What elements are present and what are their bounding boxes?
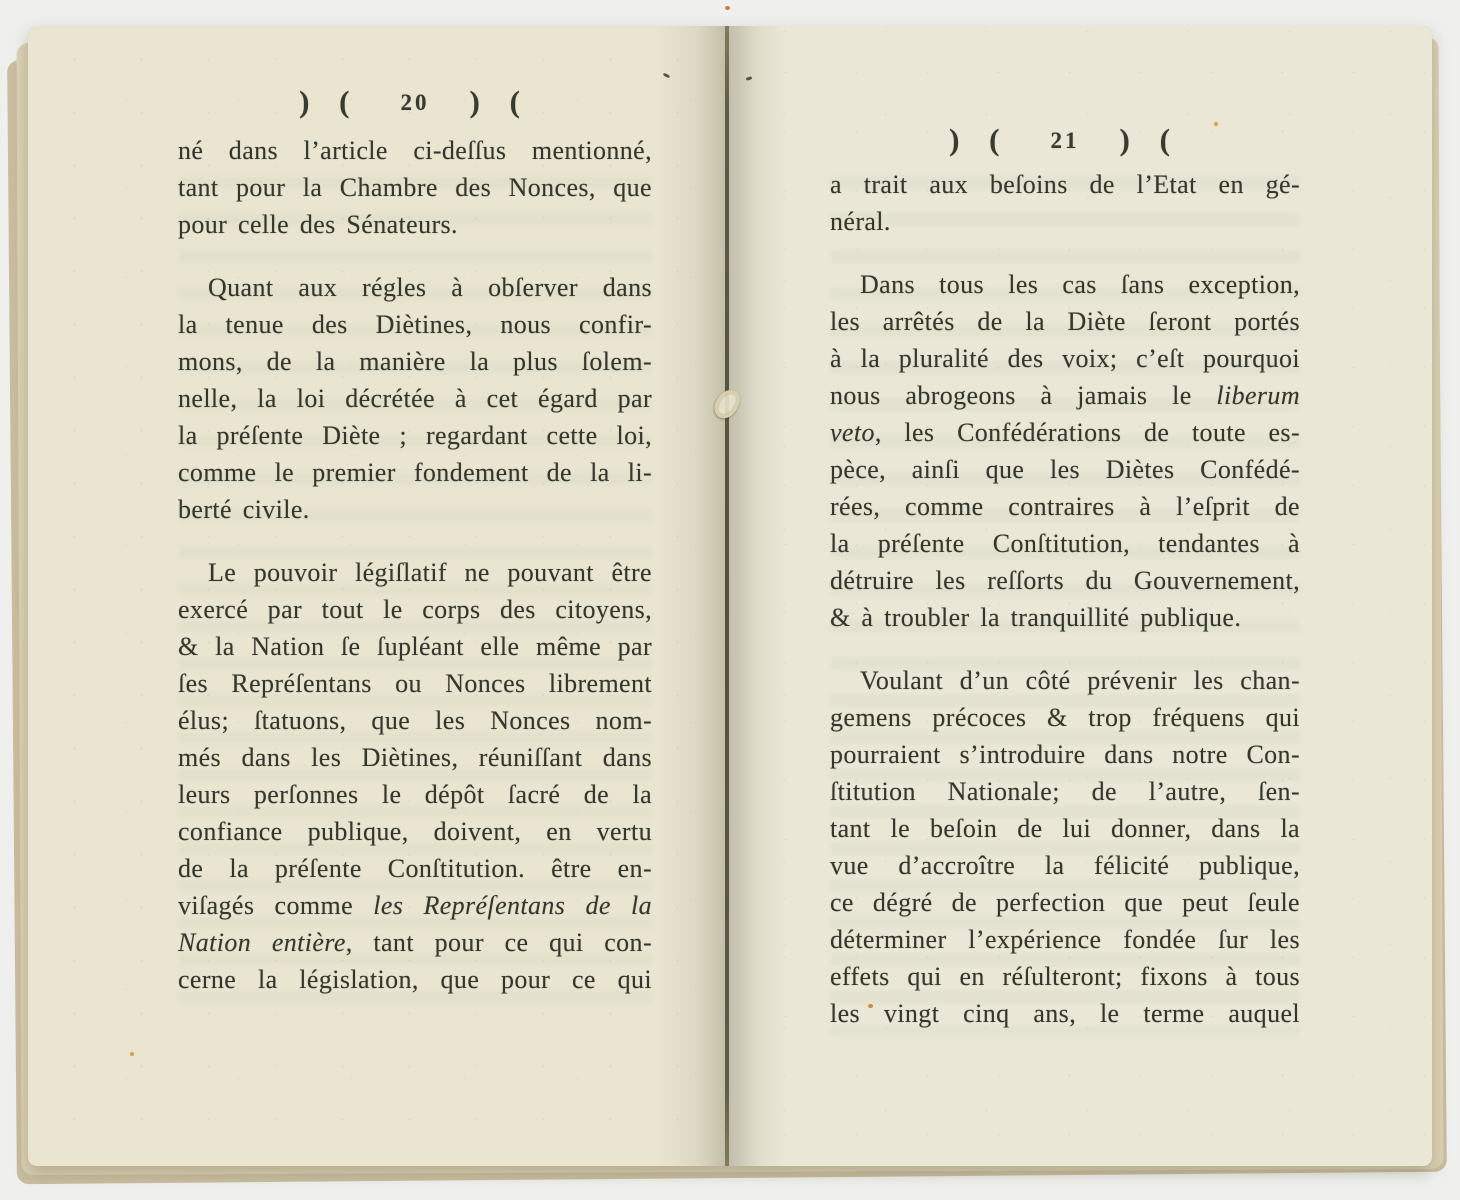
text-line: né dans l’article ci-deſſus mentionné, xyxy=(178,132,652,169)
text-line: pèce, ainſi que les Diètes Confédé- xyxy=(830,451,1300,488)
text-segment: gemens précoces & trop fréquens qui xyxy=(830,703,1300,732)
text-line: rées, comme contraires à l’eſprit de xyxy=(830,488,1300,525)
text-line: Dans tous les cas ſans exception, xyxy=(830,266,1300,303)
text-line: élus; ſtatuons, que les Nonces nom- xyxy=(178,702,652,739)
header-ornament-right: ) ( xyxy=(1120,122,1181,158)
text-line: à la pluralité des voix; c’eſt pourquoi xyxy=(830,340,1300,377)
text-line: leurs perſonnes le dépôt ſacré de la xyxy=(178,776,652,813)
text-segment: néral. xyxy=(830,207,891,236)
paragraph: Voulant d’un côté prévenir les chan-geme… xyxy=(830,662,1300,1032)
text-line: Nation entière, tant pour ce qui con- xyxy=(178,924,652,961)
text-segment: Quant aux régles à obſerver dans xyxy=(208,273,652,302)
paper-speck xyxy=(130,1052,134,1056)
binding-thread xyxy=(711,386,743,422)
text-segment: leurs perſonnes le dépôt ſacré de la xyxy=(178,780,652,809)
text-line: effets qui en réſulteront; fixons à tous xyxy=(830,958,1300,995)
text-segment: ſtitution Nationale; de l’autre, ſen- xyxy=(830,777,1300,806)
text-line: nelle, la loi décrétée à cet égard par xyxy=(178,380,652,417)
text-line: mons, de la manière la plus ſolem- xyxy=(178,343,652,380)
text-segment: de la préſente Conſtitution. être en- xyxy=(178,854,652,883)
text-segment: Dans tous les cas ſans exception, xyxy=(860,270,1300,299)
text-segment: & à troubler la tranquillité publique. xyxy=(830,603,1241,632)
text-segment: exercé par tout le corps des citoyens, xyxy=(178,595,652,624)
open-book: ) ( 20 ) ( né dans l’article ci-deſſus m… xyxy=(28,26,1432,1166)
paper-speck xyxy=(725,6,730,10)
text-segment: ſes Repréſentans ou Nonces librement xyxy=(178,669,652,698)
text-segment: né dans l’article ci-deſſus mentionné, xyxy=(178,136,652,165)
text-line: ſes Repréſentans ou Nonces librement xyxy=(178,665,652,702)
page-text-block: a trait aux beſoins de l’Etat en gé-néra… xyxy=(830,166,1300,1032)
text-segment: mons, de la manière la plus ſolem- xyxy=(178,347,652,376)
text-segment: les vingt cinq ans, le terme auquel xyxy=(830,999,1300,1028)
text-line: & la Nation ſe ſupléant elle même par xyxy=(178,628,652,665)
text-line: Quant aux régles à obſerver dans xyxy=(178,269,652,306)
text-segment: la tenue des Diètines, nous confir- xyxy=(178,310,652,339)
text-line: viſagés comme les Repréſentans de la xyxy=(178,887,652,924)
text-segment: confiance publique, doivent, en vertu xyxy=(178,817,652,846)
paragraph: Quant aux régles à obſerver dansla tenue… xyxy=(178,269,652,528)
text-line: la préſente Conſtitution, tendantes à xyxy=(830,525,1300,562)
italic-text-segment: les Repréſentans de la xyxy=(373,891,652,920)
text-line: néral. xyxy=(830,203,1300,240)
text-segment: Voulant d’un côté prévenir les chan- xyxy=(860,666,1300,695)
text-line: berté civile. xyxy=(178,491,652,528)
text-line: les arrêtés de la Diète ſeront portés xyxy=(830,303,1300,340)
text-line: & à troubler la tranquillité publique. xyxy=(830,599,1300,636)
page-header: ) ( 20 ) ( xyxy=(178,84,652,120)
text-segment: élus; ſtatuons, que les Nonces nom- xyxy=(178,706,652,735)
text-line: comme le premier fondement de la li- xyxy=(178,454,652,491)
text-segment: tant pour la Chambre des Nonces, que xyxy=(178,173,652,202)
paper-speck xyxy=(1214,122,1218,126)
text-line: les vingt cinq ans, le terme auquel xyxy=(830,995,1300,1032)
text-segment: vue d’accroître la félicité publique, xyxy=(830,851,1300,880)
italic-text-segment: veto xyxy=(830,418,875,447)
text-line: Le pouvoir légiſlatif ne pouvant être xyxy=(178,554,652,591)
text-segment: déterminer l’expérience fondée ſur les xyxy=(830,925,1300,954)
text-segment: ce dégré de perfection que peut ſeule xyxy=(830,888,1300,917)
page-header: ) ( 21 ) ( xyxy=(830,122,1300,158)
text-line: ce dégré de perfection que peut ſeule xyxy=(830,884,1300,921)
text-segment: nelle, la loi décrétée à cet égard par xyxy=(178,384,652,413)
text-segment: pour celle des Sénateurs. xyxy=(178,210,458,239)
text-segment: & la Nation ſe ſupléant elle même par xyxy=(178,632,652,661)
italic-text-segment: Nation entière xyxy=(178,928,346,957)
text-line: cerne la législation, que pour ce qui xyxy=(178,961,652,998)
paragraph: né dans l’article ci-deſſus mentionné,ta… xyxy=(178,132,652,243)
text-line: a trait aux beſoins de l’Etat en gé- xyxy=(830,166,1300,203)
text-line: détruire les reſſorts du Gouvernement, xyxy=(830,562,1300,599)
scanner-bed: ) ( 20 ) ( né dans l’article ci-deſſus m… xyxy=(0,0,1460,1200)
text-line: la préſente Diète ; regardant cette loi, xyxy=(178,417,652,454)
paragraph: a trait aux beſoins de l’Etat en gé-néra… xyxy=(830,166,1300,240)
text-line: veto, les Confédérations de toute es- xyxy=(830,414,1300,451)
text-line: exercé par tout le corps des citoyens, xyxy=(178,591,652,628)
book-page-21: ) ( 21 ) ( a trait aux beſoins de l’Etat… xyxy=(727,26,1432,1166)
text-segment: à la pluralité des voix; c’eſt pourquoi xyxy=(830,344,1300,373)
text-line: nous abrogeons à jamais le liberum xyxy=(830,377,1300,414)
text-segment: , tant pour ce qui con- xyxy=(346,928,652,957)
text-segment: pèce, ainſi que les Diètes Confédé- xyxy=(830,455,1300,484)
text-line: confiance publique, doivent, en vertu xyxy=(178,813,652,850)
paragraph: Le pouvoir légiſlatif ne pouvant êtreexe… xyxy=(178,554,652,998)
text-segment: effets qui en réſulteront; fixons à tous xyxy=(830,962,1300,991)
text-line: ſtitution Nationale; de l’autre, ſen- xyxy=(830,773,1300,810)
text-segment: la préſente Diète ; regardant cette loi, xyxy=(178,421,652,450)
text-segment: rées, comme contraires à l’eſprit de xyxy=(830,492,1300,521)
paragraph: Dans tous les cas ſans exception,les arr… xyxy=(830,266,1300,636)
text-segment: cerne la législation, que pour ce qui xyxy=(178,965,652,994)
text-segment: pourraient s’introduire dans notre Con- xyxy=(830,740,1300,769)
text-line: pour celle des Sénateurs. xyxy=(178,206,652,243)
paper-speck xyxy=(868,1004,873,1008)
text-segment: a trait aux beſoins de l’Etat en gé- xyxy=(830,170,1300,199)
text-segment: Le pouvoir légiſlatif ne pouvant être xyxy=(208,558,652,587)
page-number: 21 xyxy=(1051,128,1080,154)
header-ornament-right: ) ( xyxy=(470,84,531,120)
page-number: 20 xyxy=(401,90,430,116)
text-line: Voulant d’un côté prévenir les chan- xyxy=(830,662,1300,699)
text-segment: més dans les Diètines, réuniſſant dans xyxy=(178,743,652,772)
text-segment: la préſente Conſtitution, tendantes à xyxy=(830,529,1300,558)
header-ornament-left: ) ( xyxy=(299,84,360,120)
text-segment: tant le beſoin de lui donner, dans la xyxy=(830,814,1300,843)
text-segment: , les Confédérations de toute es- xyxy=(875,418,1300,447)
text-segment: viſagés comme xyxy=(178,891,373,920)
text-segment: les arrêtés de la Diète ſeront portés xyxy=(830,307,1300,336)
text-segment: détruire les reſſorts du Gouvernement, xyxy=(830,566,1300,595)
text-segment: berté civile. xyxy=(178,495,310,524)
text-line: tant le beſoin de lui donner, dans la xyxy=(830,810,1300,847)
text-segment: comme le premier fondement de la li- xyxy=(178,458,652,487)
text-line: pourraient s’introduire dans notre Con- xyxy=(830,736,1300,773)
page-text-block: né dans l’article ci-deſſus mentionné,ta… xyxy=(178,132,652,998)
text-line: més dans les Diètines, réuniſſant dans xyxy=(178,739,652,776)
text-line: vue d’accroître la félicité publique, xyxy=(830,847,1300,884)
italic-text-segment: liberum xyxy=(1216,381,1300,410)
header-ornament-left: ) ( xyxy=(949,122,1010,158)
text-line: de la préſente Conſtitution. être en- xyxy=(178,850,652,887)
text-line: tant pour la Chambre des Nonces, que xyxy=(178,169,652,206)
binding-gutter xyxy=(725,26,729,1166)
text-line: déterminer l’expérience fondée ſur les xyxy=(830,921,1300,958)
book-page-20: ) ( 20 ) ( né dans l’article ci-deſſus m… xyxy=(28,26,727,1166)
text-segment: nous abrogeons à jamais le xyxy=(830,381,1216,410)
text-line: la tenue des Diètines, nous confir- xyxy=(178,306,652,343)
text-line: gemens précoces & trop fréquens qui xyxy=(830,699,1300,736)
